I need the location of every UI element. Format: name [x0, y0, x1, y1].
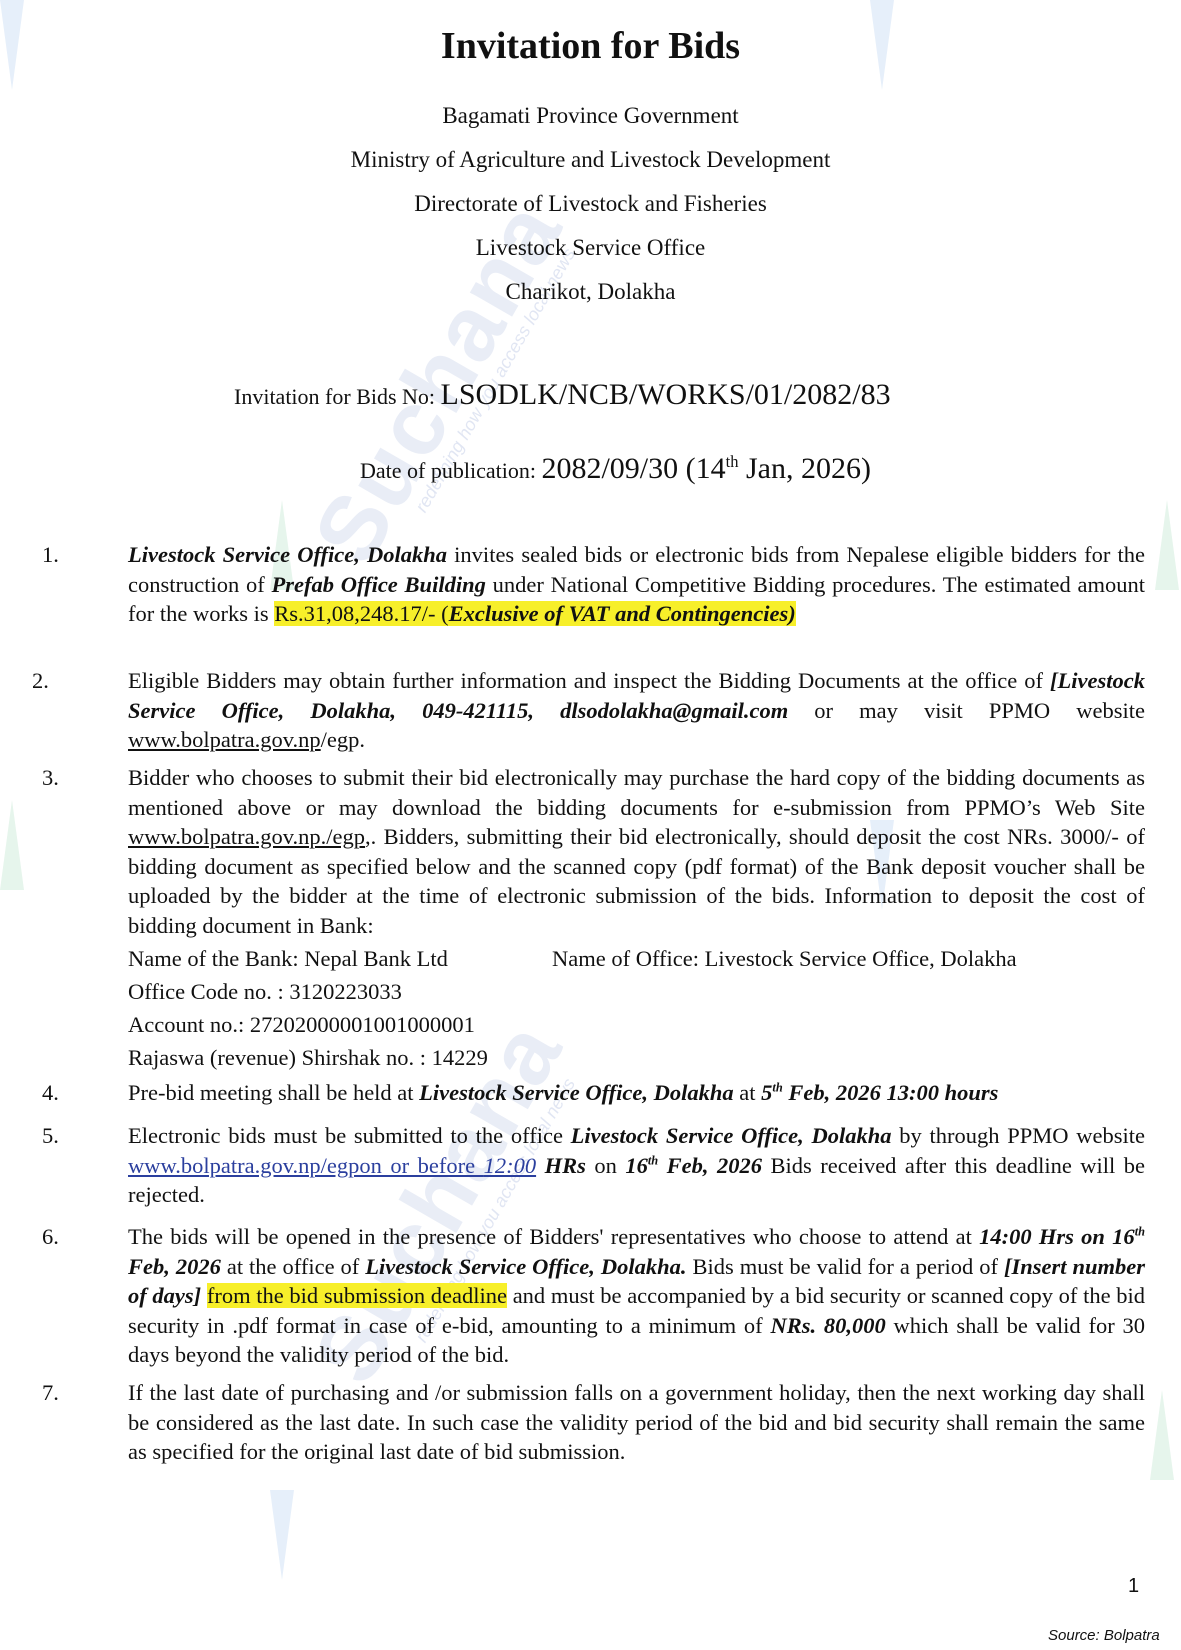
pub-date-rest: Jan, 2026)	[738, 452, 870, 485]
watermark-arrow-icon	[0, 800, 24, 890]
document-title: Invitation for Bids	[0, 24, 1181, 68]
estimated-amount: Rs.31,08,248.17/- (Exclusive of VAT and …	[274, 601, 795, 626]
prebid-datetime: 5th Feb, 2026 13:00 hours	[761, 1080, 998, 1105]
header-line-directorate: Directorate of Livestock and Fisheries	[0, 191, 1181, 217]
date: 5	[761, 1080, 772, 1105]
egp-submission-link[interactable]: www.bolpatra.gov.np/egpon or before 12:0…	[128, 1153, 536, 1178]
office-name: Livestock Service Office, Dolakha	[571, 1123, 892, 1148]
highlighted-text: from the bid submission deadline	[207, 1283, 507, 1308]
clause-number: 4.	[42, 1078, 59, 1108]
bid-security-amount: NRs. 80,000	[770, 1313, 885, 1338]
clause-body: If the last date of purchasing and /or s…	[128, 1378, 1145, 1467]
clause-number: 3.	[42, 763, 59, 793]
clause-body: Pre-bid meeting shall be held at Livesto…	[128, 1078, 1145, 1108]
office-name: Livestock Service Office, Dolakha.	[365, 1254, 686, 1279]
ifb-label: Invitation for Bids No:	[234, 384, 441, 409]
watermark-arrow-icon	[1150, 1390, 1174, 1480]
office-name: Name of Office: Livestock Service Office…	[552, 942, 1017, 975]
text: Electronic bids must be submitted to the…	[128, 1123, 571, 1148]
text: at the office of	[221, 1254, 365, 1279]
text: on	[586, 1153, 625, 1178]
text: Bids must be valid for a period of	[686, 1254, 1004, 1279]
pub-date-main: 2082/09/30 (14	[541, 452, 725, 485]
office-name: Livestock Service Office, Dolakha	[419, 1080, 734, 1105]
watermark-arrow-icon	[270, 1490, 294, 1580]
clause-body: Electronic bids must be submitted to the…	[128, 1121, 1145, 1210]
publication-date-line: Date of publication: 2082/09/30 (14th Ja…	[360, 452, 871, 486]
bank-name: Name of the Bank: Nepal Bank Ltd	[128, 946, 448, 971]
clause-body: The bids will be opened in the presence …	[128, 1222, 1145, 1370]
text: /egp.	[321, 727, 365, 752]
ifb-number: LSODLK/NCB/WORKS/01/2082/83	[441, 378, 891, 411]
clause-number: 2.	[32, 666, 49, 696]
time: 14:00 Hrs on 16	[979, 1224, 1135, 1249]
header-line-location: Charikot, Dolakha	[0, 279, 1181, 305]
ifb-number-line: Invitation for Bids No: LSODLK/NCB/WORKS…	[234, 378, 891, 412]
text: The bids will be opened in the presence …	[128, 1224, 979, 1249]
time-sup: th	[1135, 1225, 1145, 1239]
revenue-number: Rajaswa (revenue) Shirshak no. : 14229	[128, 1041, 1145, 1074]
text: by through PPMO website	[892, 1123, 1145, 1148]
deadline-date: 16th Feb, 2026	[625, 1153, 762, 1178]
date: 16	[625, 1153, 648, 1178]
watermark-arrow-icon	[1155, 500, 1179, 590]
pub-label: Date of publication:	[360, 458, 541, 483]
date: Feb, 2026	[658, 1153, 762, 1178]
amount-value: Rs.31,08,248.17/- (	[274, 601, 448, 626]
clause-number: 1.	[42, 540, 59, 570]
text: Pre-bid meeting shall be held at	[128, 1080, 419, 1105]
bank-info-row: Name of the Bank: Nepal Bank LtdName of …	[128, 942, 1145, 975]
hours: HRs	[536, 1153, 586, 1178]
bolpatra-link[interactable]: www.bolpatra.gov.np	[128, 727, 321, 752]
header-line-ministry: Ministry of Agriculture and Livestock De…	[0, 147, 1181, 173]
clause-number: 6.	[42, 1222, 59, 1252]
header-line-province: Bagamati Province Government	[0, 103, 1181, 129]
header-line-office: Livestock Service Office	[0, 235, 1181, 261]
date-sup: th	[648, 1153, 658, 1167]
link-text[interactable]: www.bolpatra.gov.np/egpon or before	[128, 1153, 484, 1178]
clause-body: Bidder who chooses to submit their bid e…	[128, 763, 1145, 1074]
account-number: Account no.: 27202000001001000001	[128, 1008, 1145, 1041]
page-number: 1	[1128, 1575, 1139, 1598]
link-time[interactable]: 12:00	[484, 1153, 537, 1178]
clause-number: 7.	[42, 1378, 59, 1408]
pub-date-sup: th	[726, 452, 739, 471]
pub-date: 2082/09/30 (14th Jan, 2026)	[541, 452, 871, 485]
source-credit: Source: Bolpatra	[1048, 1627, 1160, 1644]
text: at	[734, 1080, 762, 1105]
date: Feb, 2026 13:00 hours	[783, 1080, 999, 1105]
office-code: Office Code no. : 3120223033	[128, 975, 1145, 1008]
text: Eligible Bidders may obtain further info…	[128, 668, 1050, 693]
amount-note: Exclusive of VAT and Contingencies)	[449, 601, 796, 626]
project-name: Prefab Office Building	[272, 572, 486, 597]
clause-body: Livestock Service Office, Dolakha invite…	[128, 540, 1145, 629]
date-sup: th	[772, 1081, 782, 1095]
clause-body: Eligible Bidders may obtain further info…	[128, 666, 1145, 755]
office-name: Livestock Service Office, Dolakha	[128, 542, 447, 567]
text: or may visit PPMO website	[788, 698, 1145, 723]
clause-number: 5.	[42, 1121, 59, 1151]
text: Bidder who chooses to submit their bid e…	[128, 765, 1145, 820]
time: Feb, 2026	[128, 1254, 221, 1279]
bolpatra-egp-link[interactable]: www.bolpatra.gov.np./egp	[128, 824, 365, 849]
